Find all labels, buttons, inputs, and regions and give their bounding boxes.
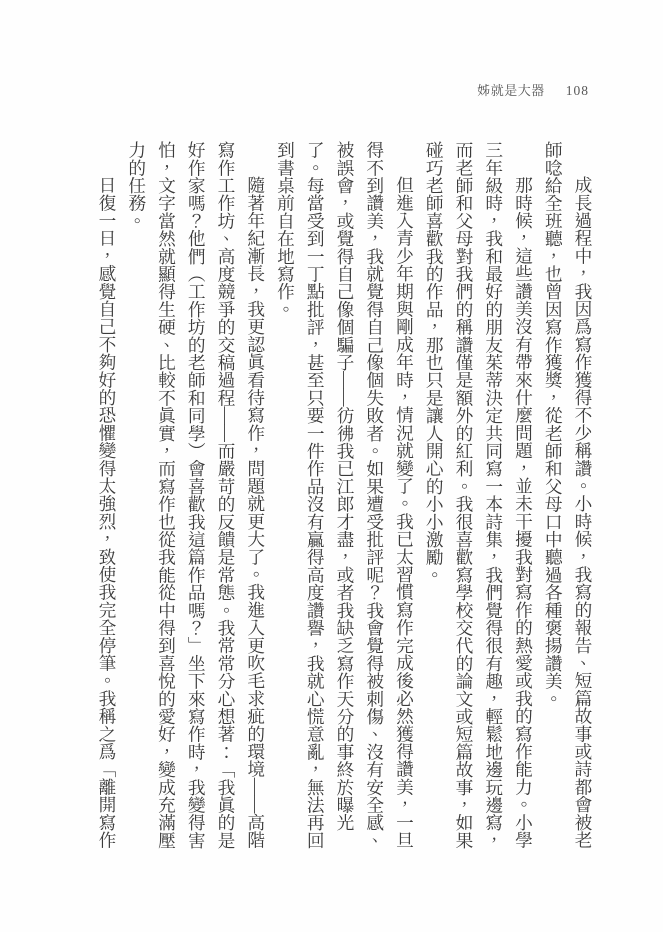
- page-text: 成長過程中，我因爲寫作獲得不少稱讚。小時候，我寫的報告、短篇故事或詩都會被老師唸…: [91, 141, 597, 849]
- book-page: 姊就是大器 108 成長過程中，我因爲寫作獲得不少稱讚。小時候，我寫的報告、短篇…: [0, 0, 663, 932]
- paragraph-5: 日復一日，感覺自己不夠好的恐懼變得太強烈，致使我完全停筆。我稱之爲「離開寫作: [91, 141, 121, 849]
- paragraph-1: 成長過程中，我因爲寫作獲得不少稱讚。小時候，我寫的報告、短篇故事或詩都會被老師唸…: [538, 141, 598, 849]
- paragraph-3: 但進入青少年期與剛成年時，情況就變了。我已太習慣寫作完成後必然獲得讚美，一旦得不…: [270, 141, 419, 849]
- running-head: 姊就是大器 108: [477, 82, 589, 100]
- paragraph-2: 那時候，這些讚美沒有帶來什麼問題，並未干擾我對寫作的熱愛或我的寫作能力。小學三年…: [419, 141, 538, 849]
- paragraph-4: 隨著年紀漸長，我更認眞看待寫作，問題就更大了。我進入更吹毛求疵的環境——高階寫作…: [121, 141, 270, 849]
- book-title: 姊就是大器: [477, 82, 545, 100]
- page-number: 108: [566, 82, 589, 100]
